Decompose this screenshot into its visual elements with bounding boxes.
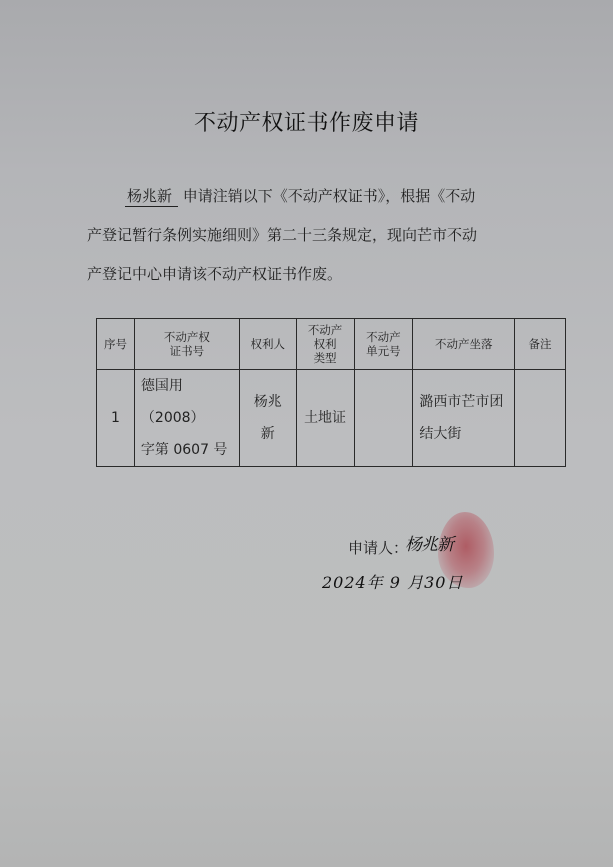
paragraph-line-1: 杨兆新 申请注销以下《不动产权证书》，根据《不动 xyxy=(87,177,547,216)
applicant-label: 申请人： xyxy=(348,537,408,558)
handwritten-date: 2024年 9 月30日 xyxy=(322,570,463,593)
cell-unit-no xyxy=(354,370,413,467)
document-title: 不动产权证书作废申请 xyxy=(0,106,613,137)
cell-cert-no: 德国用（2008） 字第 0607 号 xyxy=(134,370,239,467)
application-paragraph: 杨兆新 申请注销以下《不动产权证书》，根据《不动 产登记暂行条例实施细则》第二十… xyxy=(87,177,547,294)
paragraph-line-1-text: 申请注销以下《不动产权证书》，根据《不动 xyxy=(183,187,476,205)
header-remark: 备注 xyxy=(515,319,566,370)
cell-location: 潞西市芒市团 结大街 xyxy=(413,370,515,467)
header-index: 序号 xyxy=(97,319,135,370)
header-owner: 权利人 xyxy=(239,319,296,370)
location-line-2: 结大街 xyxy=(419,418,514,450)
header-cert-no: 不动产权证书号 xyxy=(134,319,239,370)
owner-line-1: 杨兆 xyxy=(240,386,296,418)
handwritten-signature: 杨兆新 xyxy=(405,530,453,555)
owner-line-2: 新 xyxy=(240,418,296,450)
location-line-1: 潞西市芒市团 xyxy=(419,386,514,418)
cert-no-line-2: 字第 0607 号 xyxy=(141,434,239,466)
cell-remark xyxy=(515,370,566,467)
cell-index: 1 xyxy=(97,370,135,467)
table-header-row: 序号 不动产权证书号 权利人 不动产权利类型 不动产单元号 不动产坐落 备注 xyxy=(97,319,566,370)
header-unit-no: 不动产单元号 xyxy=(354,319,413,370)
header-location: 不动产坐落 xyxy=(413,319,515,370)
paragraph-line-3: 产登记中心申请该不动产权证书作废。 xyxy=(87,255,547,294)
paragraph-line-2: 产登记暂行条例实施细则》第二十三条规定，现向芒市不动 xyxy=(87,216,547,255)
applicant-name-underlined: 杨兆新 xyxy=(125,186,178,207)
cell-right-type: 土地证 xyxy=(296,370,354,467)
header-right-type: 不动产权利类型 xyxy=(296,319,354,370)
table-row: 1 德国用（2008） 字第 0607 号 杨兆 新 土地证 潞西市芒市团 结大… xyxy=(97,370,566,467)
cert-no-line-1: 德国用（2008） xyxy=(141,370,239,434)
cell-owner: 杨兆 新 xyxy=(239,370,296,467)
certificate-table: 序号 不动产权证书号 权利人 不动产权利类型 不动产单元号 不动产坐落 备注 1… xyxy=(96,318,566,467)
